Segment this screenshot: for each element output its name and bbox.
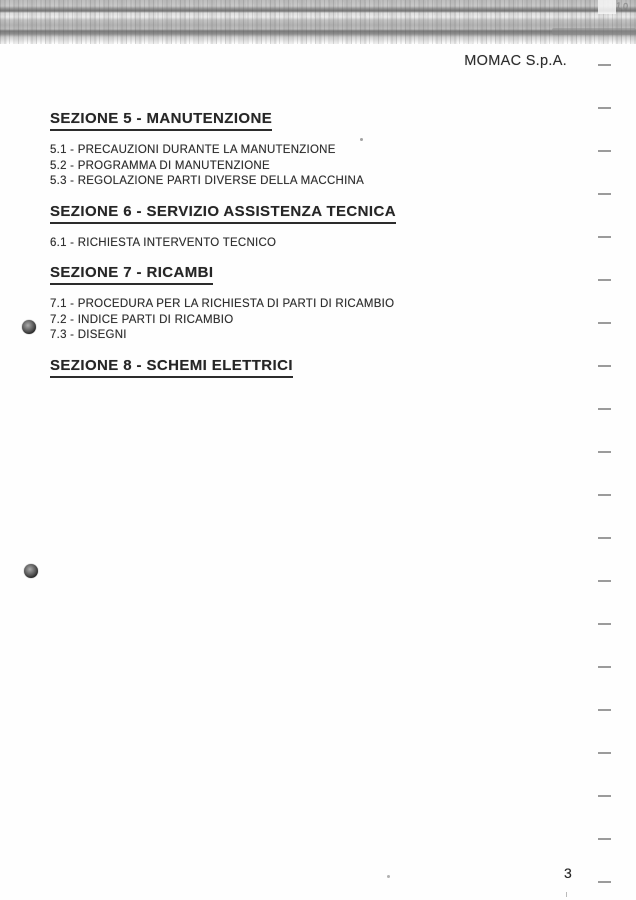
toc-section: SEZIONE 6 - SERVIZIO ASSISTENZA TECNICA6… bbox=[50, 203, 490, 252]
toc-item: 7.3 - DISEGNI bbox=[50, 328, 490, 344]
scan-speck bbox=[566, 892, 567, 897]
toc: SEZIONE 5 - MANUTENZIONE5.1 - PRECAUZION… bbox=[50, 110, 490, 391]
section-title: SEZIONE 7 - RICAMBI bbox=[50, 264, 213, 285]
toc-item: 7.2 - INDICE PARTI DI RICAMBIO bbox=[50, 313, 490, 329]
toc-item: 7.1 - PROCEDURA PER LA RICHIESTA DI PART… bbox=[50, 297, 490, 313]
toc-section: SEZIONE 7 - RICAMBI7.1 - PROCEDURA PER L… bbox=[50, 264, 490, 344]
toc-item: 5.2 - PROGRAMMA DI MANUTENZIONE bbox=[50, 159, 490, 175]
section-title: SEZIONE 6 - SERVIZIO ASSISTENZA TECNICA bbox=[50, 203, 396, 224]
scan-speck bbox=[387, 875, 390, 878]
scan-noise-band bbox=[0, 0, 636, 44]
toc-section: SEZIONE 8 - SCHEMI ELETTRICI bbox=[50, 357, 490, 378]
section-title: SEZIONE 5 - MANUTENZIONE bbox=[50, 110, 272, 131]
page-number: 3 bbox=[564, 865, 572, 881]
binding-marks bbox=[598, 64, 611, 886]
punch-hole-icon bbox=[22, 320, 36, 334]
corner-artifact: 10 bbox=[616, 0, 631, 11]
toc-item: 5.1 - PRECAUZIONI DURANTE LA MANUTENZION… bbox=[50, 143, 490, 159]
scan-speck bbox=[360, 138, 363, 141]
toc-section: SEZIONE 5 - MANUTENZIONE5.1 - PRECAUZION… bbox=[50, 110, 490, 190]
section-title: SEZIONE 8 - SCHEMI ELETTRICI bbox=[50, 357, 293, 378]
scan-band-smudge bbox=[552, 28, 636, 35]
toc-item: 6.1 - RICHIESTA INTERVENTO TECNICO bbox=[50, 236, 490, 252]
punch-hole-icon bbox=[24, 564, 38, 578]
company-name: MOMAC S.p.A. bbox=[464, 53, 567, 69]
scan-band-gap bbox=[598, 0, 616, 14]
toc-item: 5.3 - REGOLAZIONE PARTI DIVERSE DELLA MA… bbox=[50, 174, 490, 190]
document-page: 10 MOMAC S.p.A. SEZIONE 5 - MANUTENZIONE… bbox=[0, 0, 636, 900]
